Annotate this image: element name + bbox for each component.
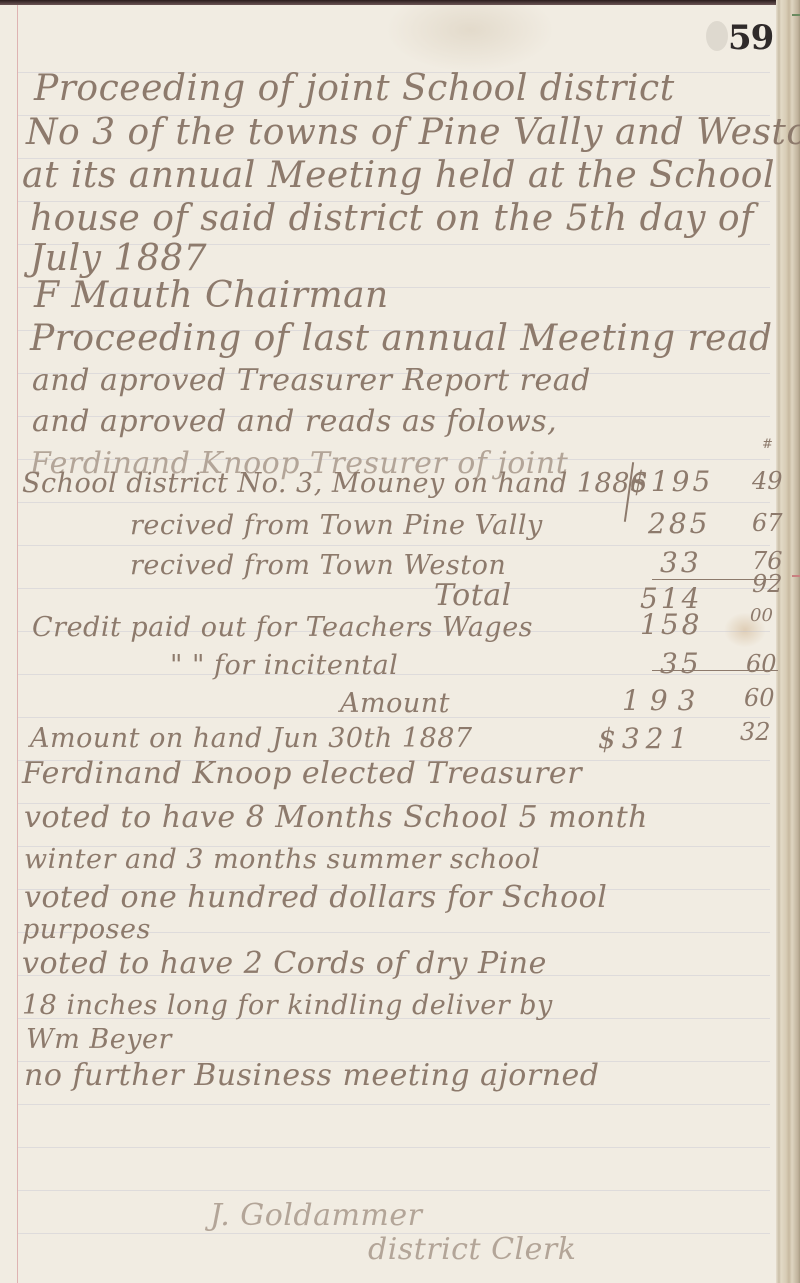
total-cents: 92	[752, 570, 783, 598]
header-line: Proceeding of joint School district	[34, 68, 675, 109]
ruled-line	[18, 502, 770, 503]
signature-title: district Clerk	[368, 1232, 576, 1267]
header-line: house of said district on the 5th day of	[30, 198, 754, 239]
resolution-line: no further Business meeting ajorned	[24, 1058, 600, 1093]
on-hand-cents: 32	[740, 718, 771, 746]
receipt-label: recived from Town Pine Vally	[130, 510, 543, 541]
expense-label: " " for incitental	[170, 650, 398, 681]
sum-underline	[652, 670, 778, 671]
receipt-dollars: 285	[648, 507, 710, 540]
header-line: July 1887	[30, 238, 207, 279]
receipt-cents: 67	[752, 509, 783, 537]
receipt-dollars: 33	[660, 546, 702, 579]
expense-cents: 00	[750, 605, 773, 626]
page-top-edge	[0, 0, 800, 5]
ruled-line	[18, 1147, 770, 1148]
on-hand-dollars: $321	[598, 722, 693, 755]
minutes-line: Proceeding of last annual Meeting read	[30, 318, 773, 359]
expense-dollars: 158	[640, 608, 702, 641]
resolution-line: Wm Beyer	[26, 1024, 172, 1055]
signature-name: J. Goldammer	[210, 1198, 422, 1233]
binding-mark	[792, 14, 800, 16]
expense-cents: 60	[746, 650, 777, 678]
currency-mark: #	[762, 437, 773, 452]
amount-cents: 60	[744, 684, 775, 712]
chairman-line: F Mauth Chairman	[34, 275, 389, 316]
page-number-ghost	[706, 21, 728, 51]
total-label: Total	[434, 578, 512, 613]
minutes-line: and aproved Treasurer Report read	[32, 363, 591, 398]
resolution-line: voted to have 8 Months School 5 month	[24, 800, 648, 835]
amount-dollars: 193	[622, 684, 705, 717]
resolution-line: purposes	[22, 914, 151, 945]
receipt-dollars: $195	[630, 465, 713, 498]
margin-line	[17, 5, 18, 1283]
resolution-line: Ferdinand Knoop elected Treasurer	[22, 756, 582, 791]
expense-dollars: 35	[660, 647, 702, 680]
page-number: 59	[728, 18, 773, 58]
minutes-line: and aproved and reads as folows,	[32, 404, 557, 439]
header-line: at its annual Meeting held at the School	[22, 155, 775, 196]
ledger-page: 59 Proceeding of joint School district N…	[0, 0, 800, 1283]
book-binding	[776, 0, 800, 1283]
resolution-line: 18 inches long for kindling deliver by	[22, 990, 553, 1021]
ruled-line	[18, 545, 770, 546]
receipt-cents: 49	[752, 467, 783, 495]
ruled-line	[18, 1104, 770, 1105]
ruled-line	[18, 1190, 770, 1191]
amount-label: Amount	[340, 688, 450, 719]
receipt-label: recived from Town Weston	[130, 550, 506, 581]
receipt-label: School district No. 3, Mouney on hand 18…	[22, 468, 648, 499]
expense-label: Credit paid out for Teachers Wages	[32, 612, 533, 643]
binding-mark	[792, 575, 800, 577]
resolution-line: winter and 3 months summer school	[24, 844, 540, 875]
resolution-line: voted one hundred dollars for School	[24, 880, 607, 915]
header-line: No 3 of the towns of Pine Vally and West…	[26, 112, 800, 153]
resolution-line: voted to have 2 Cords of dry Pine	[22, 946, 547, 981]
on-hand-label: Amount on hand Jun 30th 1887	[30, 723, 473, 754]
